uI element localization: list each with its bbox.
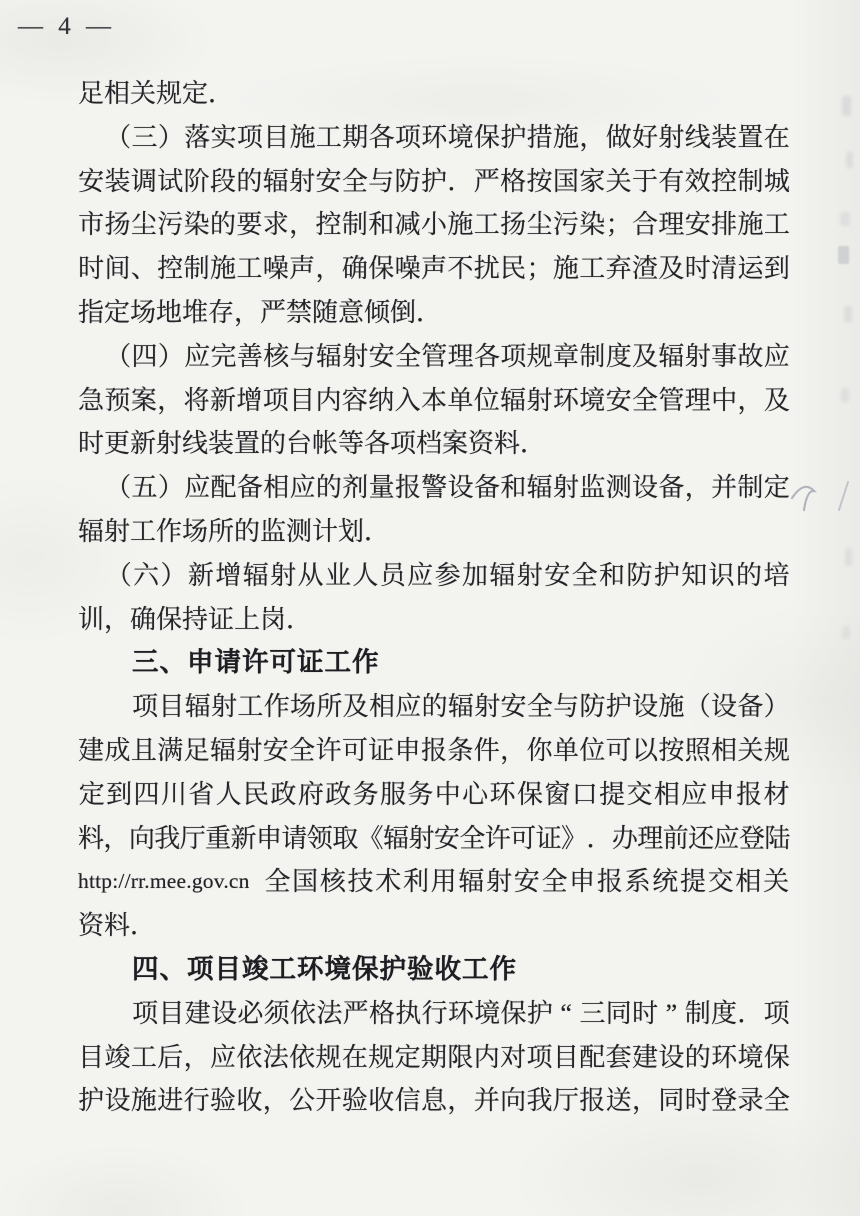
paragraph-license: 项目辐射工作场所及相应的辐射安全与防护设施（设备）建成且满足辐射安全许可证申报条… [78,685,790,948]
text-line: 急预案，将新增项目内容纳入本单位辐射环境安全管理中，及 [78,379,790,423]
text-line: 三、申请许可证工作 [78,641,790,685]
text-line: 护设施进行验收，公开验收信息，并向我厅报送，同时登录全 [78,1079,790,1123]
text-line: （四）应完善核与辐射安全管理各项规章制度及辐射事故应 [78,335,790,379]
text-segment: 足相关规定． [78,79,234,108]
text-line: 项目辐射工作场所及相应的辐射安全与防护设施（设备） [78,685,790,729]
text-line: （五）应配备相应的剂量报警设备和辐射监测设备，并制定 [78,466,790,510]
text-line: 时间、控制施工噪声，确保噪声不扰民；施工弃渣及时清运到 [78,247,790,291]
text-segment: 辐射工作场所的监测计划． [78,517,390,546]
document-body: 足相关规定．（三）落实项目施工期各项环境保护措施，做好射线装置在安装调试阶段的辐… [0,72,860,1123]
text-line: 足相关规定． [78,72,790,116]
text-line: 定到四川省人民政府政务服务中心环保窗口提交相应申报材 [78,773,790,817]
text-segment: 训，确保持证上岗． [78,605,312,634]
text-line: 安装调试阶段的辐射安全与防护．严格按国家关于有效控制城 [78,160,790,204]
url-text: http://rr.mee.gov.cn [78,860,250,904]
section-heading-3: 三、申请许可证工作 [78,641,790,685]
text-segment: 资料． [78,911,156,940]
text-segment: 四、项目竣工环境保护验收工作 [132,954,517,984]
text-line: 指定场地堆存，严禁随意倾倒． [78,291,790,335]
text-line: 项目建设必须依法严格执行环境保护“三同时”制度．项 [78,992,790,1036]
paragraph-item-5: （五）应配备相应的剂量报警设备和辐射监测设备，并制定辐射工作场所的监测计划． [78,466,790,554]
section-heading-4: 四、项目竣工环境保护验收工作 [78,948,790,992]
text-line: 市扬尘污染的要求，控制和减小施工扬尘污染；合理安排施工 [78,203,790,247]
text-line: 目竣工后，应依法依规在规定期限内对项目配套建设的环境保 [78,1036,790,1080]
text-line: 时更新射线装置的台帐等各项档案资料． [78,422,790,466]
text-segment: 指定场地堆存，严禁随意倾倒． [78,298,442,327]
text-line: （三）落实项目施工期各项环境保护措施，做好射线装置在 [78,116,790,160]
paragraph-item-4: （四）应完善核与辐射安全管理各项规章制度及辐射事故应急预案，将新增项目内容纳入本… [78,335,790,466]
text-line: 辐射工作场所的监测计划． [78,510,790,554]
paragraph-continuation: 足相关规定． [78,72,790,116]
page-number: — 4 — [18,13,860,41]
text-line: 料，向我厅重新申请领取《辐射安全许可证》．办理前还应登陆 [78,817,790,861]
text-line: （六）新增辐射从业人员应参加辐射安全和防护知识的培 [78,554,790,598]
text-line: 资料． [78,904,790,948]
text-segment: 三、申请许可证工作 [132,647,380,677]
scanned-document-page: 足相关规定．（三）落实项目施工期各项环境保护措施，做好射线装置在安装调试阶段的辐… [0,0,860,1216]
paragraph-item-6: （六）新增辐射从业人员应参加辐射安全和防护知识的培训，确保持证上岗． [78,554,790,642]
text-line: 训，确保持证上岗． [78,598,790,642]
paragraph-item-3: （三）落实项目施工期各项环境保护措施，做好射线装置在安装调试阶段的辐射安全与防护… [78,116,790,335]
text-segment: 时更新射线装置的台帐等各项档案资料． [78,429,546,458]
paragraph-acceptance: 项目建设必须依法严格执行环境保护“三同时”制度．项目竣工后，应依法依规在规定期限… [78,992,790,1123]
text-line: 四、项目竣工环境保护验收工作 [78,948,790,992]
text-line: http://rr.mee.gov.cn全国核技术利用辐射安全申报系统提交相关 [78,860,790,904]
text-line: 建成且满足辐射安全许可证申报条件，你单位可以按照相关规 [78,729,790,773]
